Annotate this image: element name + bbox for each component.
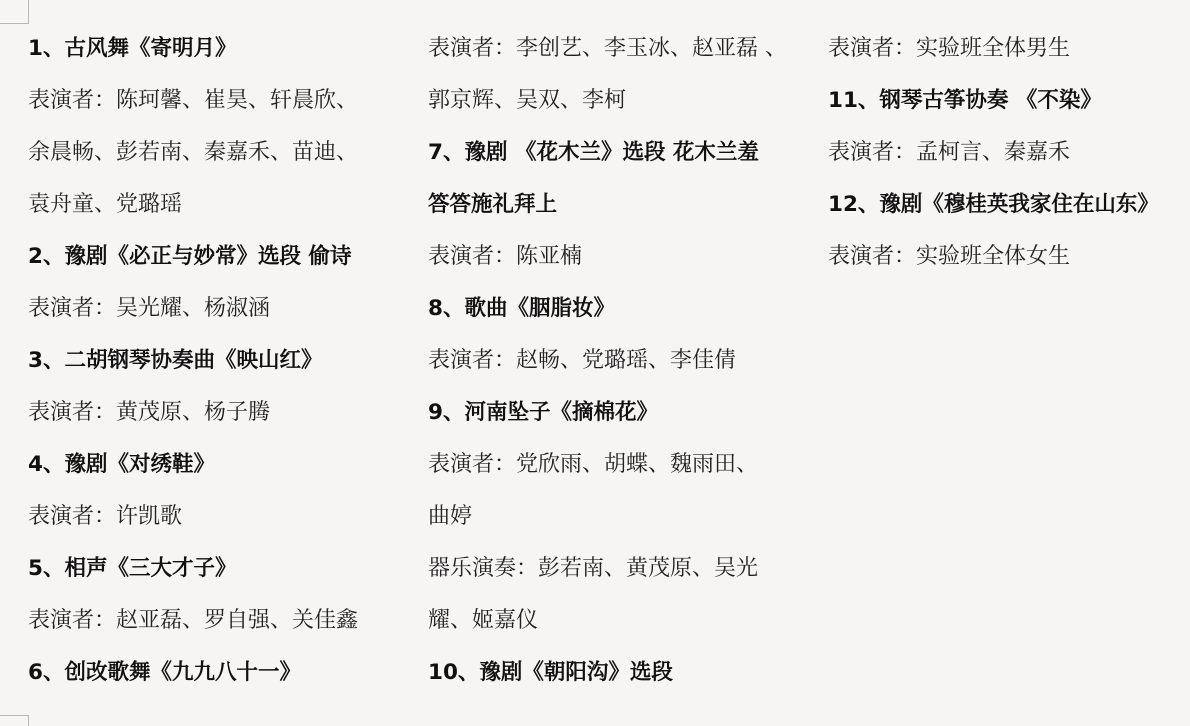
performers-line: 表演者：孟柯言、秦嘉禾 bbox=[828, 127, 1190, 179]
performers-line: 表演者：赵亚磊、罗自强、关佳鑫 bbox=[28, 595, 408, 647]
performers-line: 郭京辉、吴双、李柯 bbox=[428, 75, 818, 127]
page-corner-mark-bottom bbox=[0, 715, 29, 726]
page-corner-mark-top bbox=[0, 0, 29, 24]
program-item-title: 2、豫剧《必正与妙常》选段 偷诗 bbox=[28, 231, 408, 283]
program-item-title: 5、相声《三大才子》 bbox=[28, 543, 408, 595]
program-item-title: 4、豫剧《对绣鞋》 bbox=[28, 439, 408, 491]
performers-line: 表演者：实验班全体女生 bbox=[828, 231, 1190, 283]
performers-line: 表演者：陈亚楠 bbox=[428, 231, 818, 283]
performers-line: 表演者：李创艺、李玉冰、赵亚磊 、 bbox=[428, 23, 818, 75]
performers-line: 表演者：许凯歌 bbox=[28, 491, 408, 543]
instrumentalists-line: 耀、姬嘉仪 bbox=[428, 595, 818, 647]
program-item-title: 3、二胡钢琴协奏曲《映山红》 bbox=[28, 335, 408, 387]
program-item-title: 9、河南坠子《摘棉花》 bbox=[428, 387, 818, 439]
performers-line: 袁舟童、党璐瑶 bbox=[28, 179, 408, 231]
program-item-title: 8、歌曲《胭脂妆》 bbox=[428, 283, 818, 335]
program-item-title: 7、豫剧 《花木兰》选段 花木兰羞 bbox=[428, 127, 818, 179]
performers-line: 余晨畅、彭若南、秦嘉禾、苗迪、 bbox=[28, 127, 408, 179]
program-item-title: 11、钢琴古筝协奏 《不染》 bbox=[828, 75, 1190, 127]
performers-line: 表演者：黄茂原、杨子腾 bbox=[28, 387, 408, 439]
performers-line: 表演者：陈珂馨、崔昊、轩晨欣、 bbox=[28, 75, 408, 127]
program-item-title: 答答施礼拜上 bbox=[428, 179, 818, 231]
instrumentalists-line: 器乐演奏：彭若南、黄茂原、吴光 bbox=[428, 543, 818, 595]
performers-line: 表演者：党欣雨、胡蝶、魏雨田、 bbox=[428, 439, 818, 491]
program-column-3: 表演者：实验班全体男生 11、钢琴古筝协奏 《不染》 表演者：孟柯言、秦嘉禾 1… bbox=[828, 23, 1190, 283]
performers-line: 表演者：吴光耀、杨淑涵 bbox=[28, 283, 408, 335]
performers-line: 表演者：赵畅、党璐瑶、李佳倩 bbox=[428, 335, 818, 387]
program-column-2: 表演者：李创艺、李玉冰、赵亚磊 、 郭京辉、吴双、李柯 7、豫剧 《花木兰》选段… bbox=[428, 23, 818, 699]
program-item-title: 12、豫剧《穆桂英我家住在山东》 bbox=[828, 179, 1190, 231]
performers-line: 表演者：实验班全体男生 bbox=[828, 23, 1190, 75]
program-item-title: 10、豫剧《朝阳沟》选段 bbox=[428, 647, 818, 699]
program-item-title: 6、创改歌舞《九九八十一》 bbox=[28, 647, 408, 699]
performers-line: 曲婷 bbox=[428, 491, 818, 543]
program-item-title: 1、古风舞《寄明月》 bbox=[28, 23, 408, 75]
program-column-1: 1、古风舞《寄明月》 表演者：陈珂馨、崔昊、轩晨欣、 余晨畅、彭若南、秦嘉禾、苗… bbox=[28, 23, 408, 699]
